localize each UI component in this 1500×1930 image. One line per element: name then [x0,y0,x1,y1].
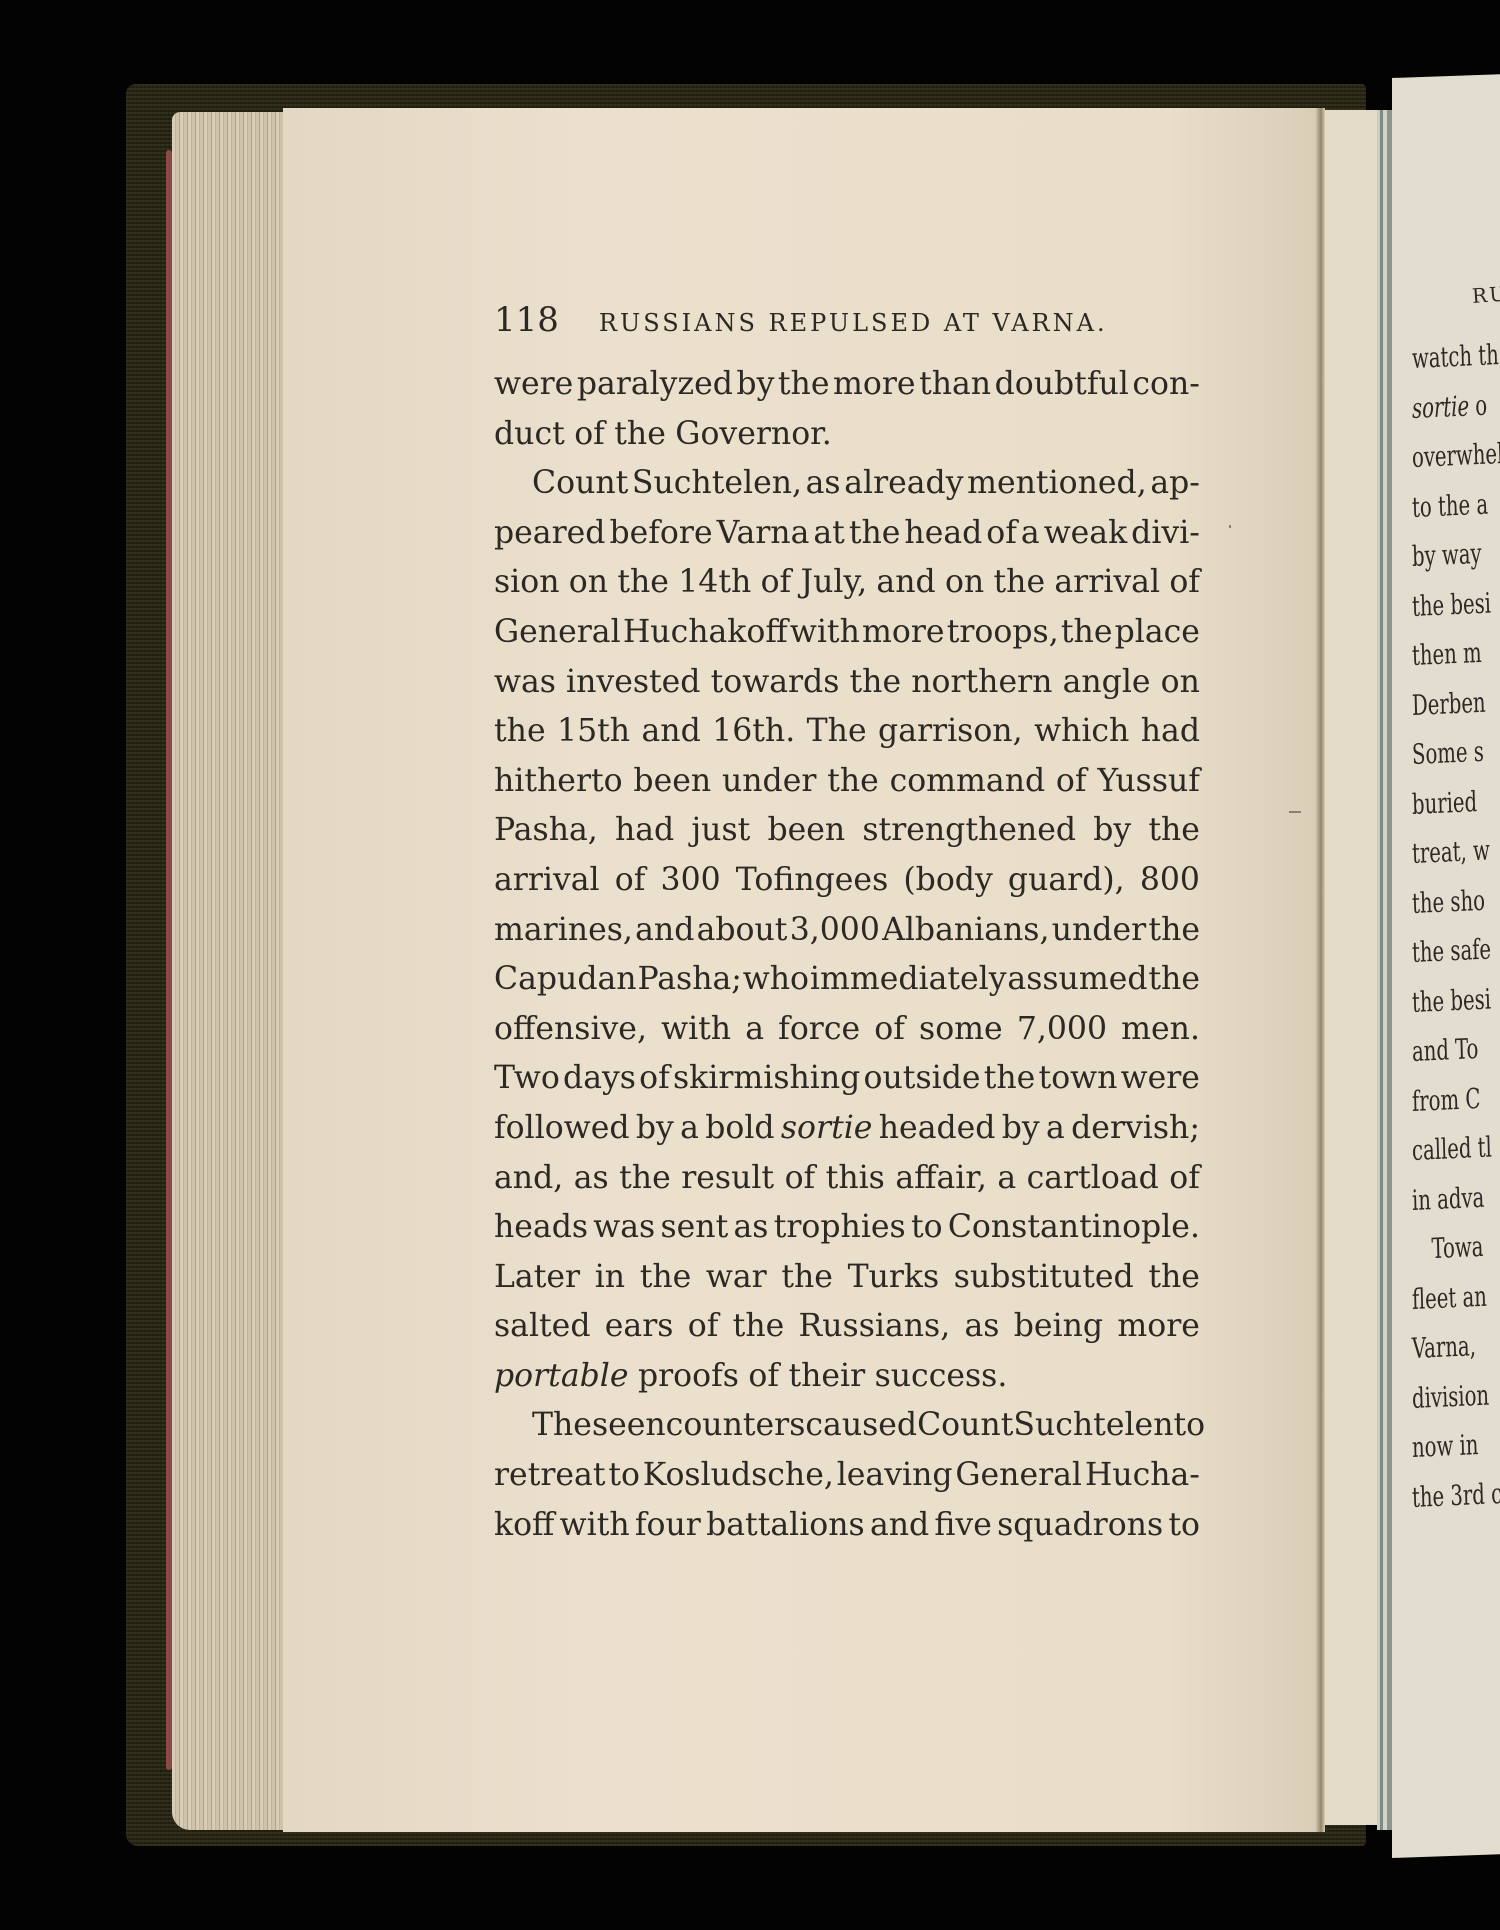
text-line-fragment: sortie o [1411,379,1500,433]
text-line: arrivalof300Tofingees(bodyguard),800 [494,856,1200,906]
text-line-fragment: the 3rd c [1411,1468,1500,1522]
text-line-fragment: Some s [1411,726,1500,780]
text-line-fragment: now in [1411,1419,1500,1473]
text-line: siononthe14thofJuly,andonthearrivalof [494,558,1200,608]
text-line: Pasha,hadjustbeenstrengthenedbythe [494,806,1200,856]
body-text: wereparalyzedbythemorethandoubtfulcon-du… [494,360,1200,1550]
gutter-strip [1325,110,1377,1825]
text-line: wereparalyzedbythemorethandoubtfulcon- [494,360,1200,410]
text-line-fragment: called tl [1411,1122,1500,1176]
text-line: LaterinthewartheTurkssubstitutedthe [494,1253,1200,1303]
text-line: CountSuchtelen,asalreadymentioned,ap- [494,459,1200,509]
text-line-fragment: by way [1411,528,1500,582]
text-line: pearedbeforeVarnaattheheadofaweakdivi- [494,509,1200,559]
gutter-rule [1377,110,1392,1830]
text-line: portableproofsoftheirsuccess. [494,1352,1200,1402]
text-line: headswassentastrophiestoConstantinople. [494,1203,1200,1253]
text-line-fragment: in adva [1411,1171,1500,1225]
text-line-fragment: and To [1411,1023,1500,1077]
text-line: Twodaysofskirmishingoutsidethetownwere [494,1054,1200,1104]
text-line-fragment: Towa [1411,1221,1500,1275]
text-line: the15thand16th.Thegarrison,whichhad [494,707,1200,757]
text-line: GeneralHuchakoffwithmoretroops,theplace [494,608,1200,658]
text-line-fragment: fleet an [1411,1270,1500,1324]
text-line-fragment: from C [1411,1072,1500,1126]
running-head: 118 RUSSIANS REPULSED AT VARNA. [494,300,1200,360]
text-line-fragment: to the a [1411,478,1500,532]
text-line-fragment: division [1411,1369,1500,1423]
text-line-fragment: then m [1411,627,1500,681]
right-page-text: RU watch thsortie ooverwhelto the aby wa… [1412,282,1500,1522]
text-line: followedbyaboldsortieheadedbyadervish; [494,1104,1200,1154]
text-line-fragment: buried [1411,775,1500,829]
paper-speck [1229,525,1231,528]
right-body-text: watch thsortie ooverwhelto the aby wayth… [1412,334,1500,1522]
text-line-fragment: watch th [1411,330,1500,384]
text-line: and,astheresultofthisaffair,acartloadof [494,1154,1200,1204]
text-line: hithertobeenunderthecommandofYussuf [494,757,1200,807]
text-line-fragment: the sho [1411,874,1500,928]
text-line: marines,andabout3,000Albanians,underthe [494,906,1200,956]
text-line: TheseencounterscausedCountSuchtelento [494,1401,1200,1451]
page-edges-stack [172,112,284,1830]
text-line: ductoftheGovernor. [494,410,1200,460]
running-head-title: RUSSIANS REPULSED AT VARNA. [599,309,1108,337]
text-line-fragment: the besi [1411,577,1500,631]
right-running-head: RU [1471,280,1500,308]
text-line-fragment: Derben [1411,676,1500,730]
page-number: 118 [494,300,559,340]
paper-speck [1289,811,1301,813]
text-line: CapudanPasha;whoimmediatelyassumedthe [494,955,1200,1005]
text-line: offensive,withaforceofsome7,000men. [494,1005,1200,1055]
text-line: retreattoKosludsche,leavingGeneralHucha- [494,1451,1200,1501]
text-line: koffwithfourbattalionsandfivesquadronsto [494,1501,1200,1551]
left-page-text: 118 RUSSIANS REPULSED AT VARNA. werepara… [494,300,1200,1550]
text-line-fragment: the besi [1411,973,1500,1027]
text-line-fragment: the safe [1411,924,1500,978]
gutter-fold [1315,108,1325,1832]
text-line-fragment: Varna, [1411,1320,1500,1374]
text-line: saltedearsoftheRussians,asbeingmore [494,1302,1200,1352]
text-line-fragment: overwhel [1411,429,1500,483]
text-line-fragment: treat, w [1411,825,1500,879]
text-line: wasinvestedtowardsthenorthernangleon [494,658,1200,708]
